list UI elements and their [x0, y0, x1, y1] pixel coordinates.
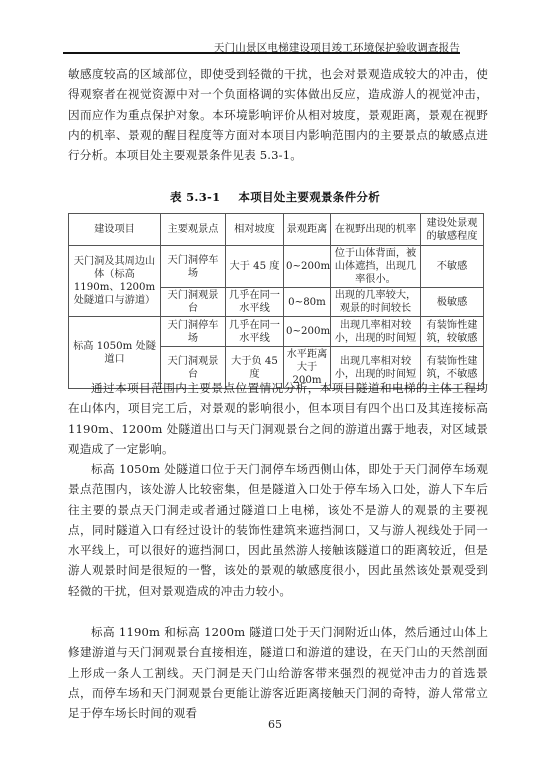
header-project: 建设项目 [69, 214, 161, 246]
cell-viewpoint: 天门洞停车场 [161, 317, 226, 347]
header-probability: 在视野出现的机率 [331, 214, 421, 246]
cell-slope: 几乎在同一水平线 [226, 317, 284, 347]
cell-distance: 0~200m [284, 317, 331, 347]
table-row: 标高 1050m 处隧道口 天门洞停车场 几乎在同一水平线 0~200m 出现几… [69, 317, 484, 347]
cell-probability: 出现几率相对较小，出现的时间短 [331, 317, 421, 347]
cell-distance: 0~80m [284, 288, 331, 317]
cell-project: 天门洞及其周边山体（标高 1190m、1200m 处隧道口与游道） [69, 246, 161, 317]
header-distance: 景观距离 [284, 214, 331, 246]
paragraph-tunnel-1190-1200: 标高 1190m 和标高 1200m 隧道口处于天门洞附近山体，然后通过山体上修… [68, 622, 488, 723]
cell-sensitivity: 极敏感 [421, 288, 484, 317]
table-caption: 表 5.3-1本项目处主要观景条件分析 [0, 189, 550, 205]
page-number: 65 [0, 718, 550, 731]
cell-probability: 出现的几率较大，观景的时间较长 [331, 288, 421, 317]
cell-viewpoint: 天门洞停车场 [161, 246, 226, 288]
paragraph-tunnel-1050: 标高 1050m 处隧道口位于天门洞停车场西侧山体，即处于天门洞停车场观景点范围… [68, 459, 488, 601]
paragraph-sensitivity-intro: 敏感度较高的区域部位，即使受到轻微的干扰，也会对景观造成较大的冲击，使得观察者在… [68, 64, 488, 165]
cell-distance: 0~200m [284, 246, 331, 288]
cell-slope: 大于 45 度 [226, 246, 284, 288]
table-caption-number: 表 5.3-1 [170, 190, 220, 204]
header-slope: 相对坡度 [226, 214, 284, 246]
table-header-row: 建设项目 主要观景点 相对坡度 景观距离 在视野出现的机率 建设处景观的敏感程度 [69, 214, 484, 246]
cell-sensitivity: 不敏感 [421, 246, 484, 288]
cell-slope: 几乎在同一水平线 [226, 288, 284, 317]
header-viewpoint: 主要观景点 [161, 214, 226, 246]
header-rule [63, 52, 460, 54]
viewing-conditions-table: 建设项目 主要观景点 相对坡度 景观距离 在视野出现的机率 建设处景观的敏感程度… [68, 213, 484, 389]
paragraph-analysis: 通过本项目范围内主要景点位置情况分析，本项目隧道和电梯的主体工程均在山体内，项目… [68, 378, 488, 459]
table-caption-title: 本项目处主要观景条件分析 [238, 190, 380, 204]
cell-sensitivity: 有装饰性建筑，较敏感 [421, 317, 484, 347]
cell-viewpoint: 天门洞观景台 [161, 288, 226, 317]
table-row: 天门洞及其周边山体（标高 1190m、1200m 处隧道口与游道） 天门洞停车场… [69, 246, 484, 288]
header-sensitivity: 建设处景观的敏感程度 [421, 214, 484, 246]
cell-probability: 位于山体背面，被山体遮挡，出现几率很小。 [331, 246, 421, 288]
